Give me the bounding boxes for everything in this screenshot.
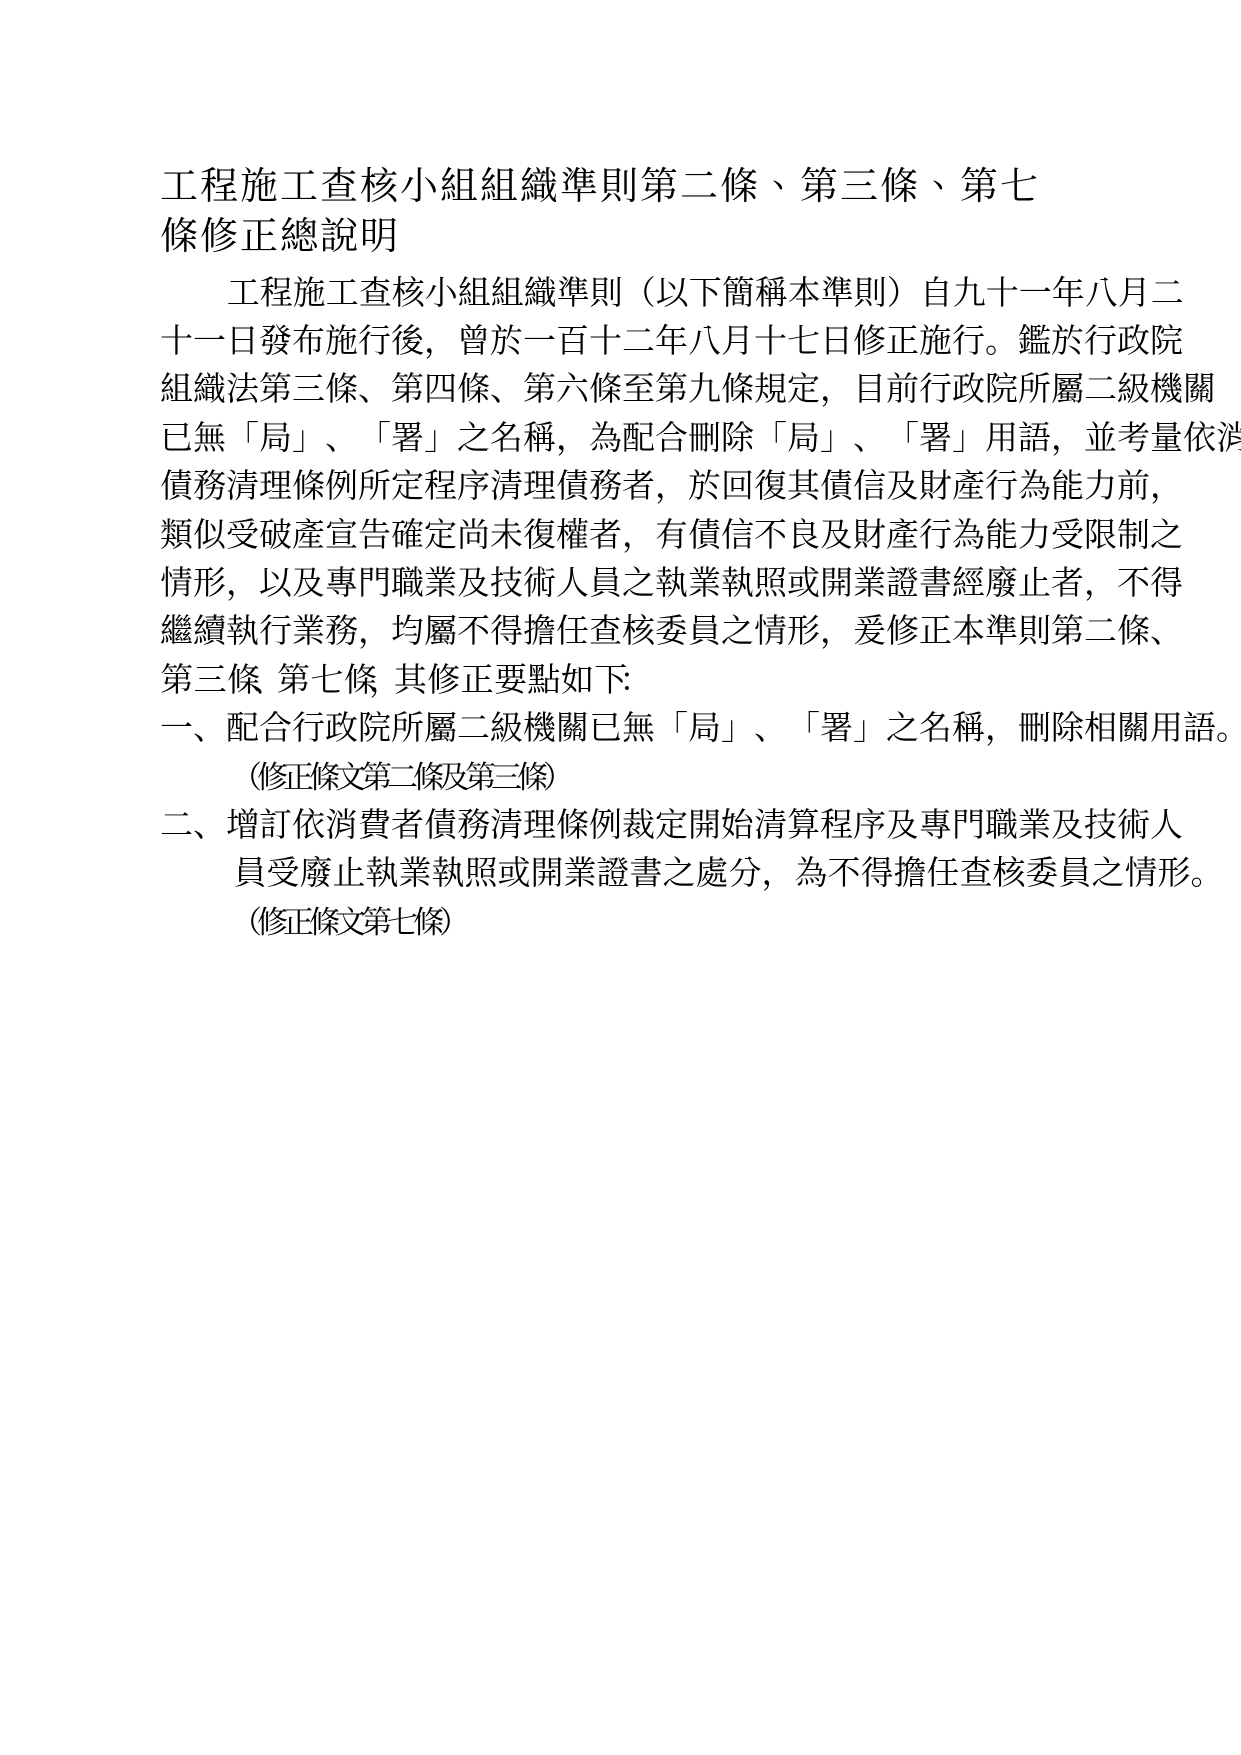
char-cell: 書 — [629, 847, 662, 894]
char-cell: 工 — [227, 267, 260, 314]
char-cell: 業 — [398, 847, 431, 894]
char-cell: 三 — [193, 654, 226, 701]
char-cell: 不 — [1117, 557, 1150, 604]
text-line-7: 情形，以及專門職業及技術人員之執業執照或開業證書經廢止者，不得 — [160, 556, 1103, 604]
char-cell: 名 — [919, 702, 952, 749]
char-cell: 分 — [728, 847, 761, 894]
char-cell: 如 — [561, 654, 594, 701]
char-cell: 織 — [193, 363, 226, 410]
char-cell: 修 — [886, 605, 919, 652]
text-line-1: 工程施工查核小組組織準則（以下簡稱本準則）自九十一年八月二 — [160, 266, 1103, 314]
char-cell: 門 — [358, 557, 391, 604]
char-cell: 修 — [853, 315, 886, 362]
char-cell: 正 — [886, 315, 919, 362]
char-cell: 產 — [952, 460, 985, 507]
char-cell: 稱 — [755, 267, 788, 314]
char-cell: 準 — [821, 267, 854, 314]
char-cell: 一 — [523, 315, 556, 362]
char-cell: 消 — [325, 799, 358, 846]
char-cell: ， — [1150, 460, 1183, 507]
char-cell: 語 — [1183, 702, 1216, 749]
char-cell: 簡 — [722, 267, 755, 314]
char-cell: 執 — [365, 847, 398, 894]
char-cell: 則 — [1018, 605, 1051, 652]
char-cell: 核 — [992, 847, 1025, 894]
char-cell: 第 — [467, 752, 493, 797]
char-cell: 條 — [311, 752, 337, 797]
char-cell: 照 — [754, 557, 787, 604]
char-cell: 年 — [655, 315, 688, 362]
char-cell: 財 — [853, 509, 886, 556]
char-cell: 能 — [1051, 460, 1084, 507]
char-cell: 均 — [391, 605, 424, 652]
char-cell: 定 — [424, 509, 457, 556]
char-cell: 文 — [337, 752, 363, 797]
char-cell: 為 — [1018, 460, 1051, 507]
char-cell: 」 — [952, 412, 985, 459]
text-line-14: （修正條文第七條） — [160, 895, 1103, 943]
char-cell: 條 — [519, 752, 545, 797]
char-cell: 十 — [589, 315, 622, 362]
char-cell: 後 — [391, 315, 424, 362]
char-cell: 員 — [233, 847, 266, 894]
char-cell: 例 — [325, 460, 358, 507]
char-cell: ， — [655, 460, 688, 507]
char-cell: 形 — [193, 557, 226, 604]
char-cell: ） — [441, 897, 467, 942]
char-cell: 「 — [655, 702, 688, 749]
char-cell: 行 — [952, 315, 985, 362]
char-cell: 清 — [226, 460, 259, 507]
char-cell: 二 — [1151, 267, 1184, 314]
char-cell: 局 — [688, 702, 721, 749]
text-line-11: （修正條文第二條及第三條） — [160, 750, 1103, 798]
char-cell: 職 — [391, 557, 424, 604]
char-cell: 始 — [721, 799, 754, 846]
char-cell: 工 — [326, 267, 359, 314]
char-cell: 增 — [226, 799, 259, 846]
document-title: 工程施工查核小組組織準則第二條、第三條、第七 條修正總說明 — [160, 161, 1120, 261]
char-cell: 務 — [457, 799, 490, 846]
char-cell: 務 — [193, 460, 226, 507]
char-cell: 關 — [556, 702, 589, 749]
char-cell: 程 — [260, 267, 293, 314]
char-cell: 訂 — [259, 799, 292, 846]
char-cell: 三 — [292, 363, 325, 410]
char-cell: 清 — [490, 799, 523, 846]
char-cell: 查 — [959, 847, 992, 894]
char-cell: 二 — [389, 752, 415, 797]
char-cell: 業 — [688, 557, 721, 604]
char-cell: 除 — [1051, 702, 1084, 749]
char-cell: 正 — [285, 752, 311, 797]
char-cell: 政 — [952, 363, 985, 410]
char-cell: 、 — [853, 412, 886, 459]
char-cell: 刪 — [1018, 702, 1051, 749]
char-cell: 告 — [358, 509, 391, 556]
char-cell: 、 — [490, 363, 523, 410]
char-cell: 及 — [441, 752, 467, 797]
char-cell: 不 — [457, 605, 490, 652]
char-cell: 清 — [754, 799, 787, 846]
char-cell: 語 — [1018, 412, 1051, 459]
char-cell: 擔 — [523, 605, 556, 652]
char-cell: 施 — [325, 315, 358, 362]
char-cell: 執 — [226, 605, 259, 652]
char-cell: 」 — [820, 412, 853, 459]
char-cell: 署 — [391, 412, 424, 459]
char-cell: 第 — [363, 752, 389, 797]
char-cell: 債 — [820, 460, 853, 507]
body-text: 工程施工查核小組組織準則（以下簡稱本準則）自九十一年八月二十一日發布施行後，曾於… — [160, 266, 1103, 943]
char-cell: 執 — [431, 847, 464, 894]
char-cell: 院 — [358, 702, 391, 749]
char-cell: 九 — [688, 363, 721, 410]
char-cell: 、 — [358, 363, 391, 410]
char-cell: 、 — [754, 702, 787, 749]
char-cell: 於 — [1051, 315, 1084, 362]
char-cell: 爰 — [853, 605, 886, 652]
char-cell: ） — [887, 267, 920, 314]
char-cell: 行 — [919, 509, 952, 556]
char-cell: 定 — [655, 799, 688, 846]
char-cell: 專 — [919, 799, 952, 846]
char-cell: 院 — [985, 363, 1018, 410]
char-cell: 依 — [1183, 412, 1216, 459]
char-cell: 技 — [1084, 799, 1117, 846]
char-cell: 債 — [556, 460, 589, 507]
char-cell: 一 — [193, 315, 226, 362]
char-cell: 理 — [259, 460, 292, 507]
char-cell: 行 — [985, 460, 1018, 507]
text-line-8: 繼續執行業務，均屬不得擔任查核委員之情形，爰修正本準則第二條、 — [160, 605, 1103, 653]
char-cell: 序 — [457, 460, 490, 507]
char-cell: 名 — [490, 412, 523, 459]
char-cell: 制 — [1117, 509, 1150, 556]
char-cell: 二 — [622, 315, 655, 362]
document-page: 工程施工查核小組組織準則第二條、第三條、第七 條修正總說明 工程施工查核小組組織… — [0, 0, 1241, 1755]
char-cell: 回 — [721, 460, 754, 507]
char-cell: 不 — [827, 847, 860, 894]
char-cell: 門 — [952, 799, 985, 846]
char-cell: 二 — [1084, 363, 1117, 410]
char-cell: 債 — [424, 799, 457, 846]
char-cell: 「 — [886, 412, 919, 459]
char-cell: 鑑 — [1018, 315, 1051, 362]
char-cell: 二 — [1084, 605, 1117, 652]
char-cell: 一 — [160, 702, 193, 749]
char-cell: 本 — [952, 605, 985, 652]
char-cell: 受 — [1051, 509, 1084, 556]
char-cell: 或 — [497, 847, 530, 894]
char-cell: 照 — [464, 847, 497, 894]
char-cell: 任 — [926, 847, 959, 894]
char-cell: 所 — [391, 702, 424, 749]
char-cell: 局 — [787, 412, 820, 459]
char-cell: 條 — [415, 897, 441, 942]
char-cell: 有 — [655, 509, 688, 556]
char-cell: 織 — [524, 267, 557, 314]
char-cell: 算 — [787, 799, 820, 846]
char-cell: 形 — [1157, 847, 1190, 894]
char-cell: 四 — [424, 363, 457, 410]
char-cell: 組 — [160, 363, 193, 410]
char-cell: 「 — [358, 412, 391, 459]
char-cell: 修 — [259, 752, 285, 797]
char-cell: 月 — [721, 315, 754, 362]
char-cell: 所 — [358, 460, 391, 507]
char-cell: 下 — [689, 267, 722, 314]
char-cell: 理 — [523, 460, 556, 507]
char-cell: 。 — [985, 315, 1018, 362]
char-cell: 院 — [1150, 315, 1183, 362]
char-cell: 查 — [589, 605, 622, 652]
char-cell: 以 — [656, 267, 689, 314]
char-cell: 署 — [919, 412, 952, 459]
char-cell: 發 — [259, 315, 292, 362]
char-cell: 續 — [193, 605, 226, 652]
char-cell: 則 — [590, 267, 623, 314]
char-cell: 行 — [1084, 315, 1117, 362]
char-cell: 之 — [662, 847, 695, 894]
char-cell: 本 — [788, 267, 821, 314]
title-line-1: 工程施工查核小組組織準則第二條、第三條、第七 — [160, 161, 1120, 211]
char-cell: 得 — [1150, 557, 1183, 604]
char-cell: 序 — [853, 799, 886, 846]
char-cell: 止 — [332, 847, 365, 894]
char-cell: 正 — [461, 654, 494, 701]
char-cell: 產 — [292, 509, 325, 556]
char-cell: 擔 — [893, 847, 926, 894]
char-cell: 信 — [853, 460, 886, 507]
char-cell: 一 — [1019, 267, 1052, 314]
text-line-6: 類似受破產宣告確定尚未復權者，有債信不良及財產行為能力受限制之 — [160, 508, 1103, 556]
char-cell: 以 — [259, 557, 292, 604]
char-cell: 例 — [589, 799, 622, 846]
char-cell: 用 — [1150, 702, 1183, 749]
char-cell: 「 — [787, 702, 820, 749]
char-cell: 條 — [1117, 605, 1150, 652]
char-cell: 力 — [1018, 509, 1051, 556]
char-cell: 執 — [655, 557, 688, 604]
char-cell: 似 — [193, 509, 226, 556]
char-cell: 處 — [695, 847, 728, 894]
char-cell: 七 — [787, 315, 820, 362]
char-cell: 繼 — [160, 605, 193, 652]
char-cell: 權 — [556, 509, 589, 556]
char-cell: 之 — [721, 605, 754, 652]
char-cell: 復 — [523, 509, 556, 556]
char-cell: 稱 — [523, 412, 556, 459]
char-cell: 依 — [292, 799, 325, 846]
char-cell: 第 — [259, 363, 292, 410]
char-cell: 核 — [392, 267, 425, 314]
char-cell: 之 — [457, 412, 490, 459]
char-cell: 無 — [193, 412, 226, 459]
char-cell: 九 — [953, 267, 986, 314]
char-cell: 十 — [986, 267, 1019, 314]
char-cell: 及 — [886, 460, 919, 507]
char-cell: 形 — [787, 605, 820, 652]
char-cell: 準 — [557, 267, 590, 314]
char-cell: 尚 — [457, 509, 490, 556]
text-line-3: 組織法第三條、第四條、第六條至第九條規定，目前行政院所屬二級機關 — [160, 363, 1103, 411]
char-cell: 、 — [193, 799, 226, 846]
char-cell: 屬 — [424, 702, 457, 749]
char-cell: 員 — [688, 605, 721, 652]
text-line-13: 員受廢止執業執照或開業證書之處分，為不得擔任查核委員之情形。 — [160, 847, 1103, 895]
char-cell: 員 — [1058, 847, 1091, 894]
char-cell: 前 — [886, 363, 919, 410]
char-cell: 日 — [820, 315, 853, 362]
char-cell: 類 — [160, 509, 193, 556]
char-cell: 廢 — [985, 557, 1018, 604]
char-cell: 止 — [1018, 557, 1051, 604]
char-cell: 受 — [226, 509, 259, 556]
char-cell: 宣 — [325, 509, 358, 556]
char-cell: 曾 — [457, 315, 490, 362]
char-cell: 無 — [622, 702, 655, 749]
char-cell: 費 — [358, 799, 391, 846]
text-line-12: 二、增訂依消費者債務清理條例裁定開始清算程序及專門職業及技術人 — [160, 798, 1103, 846]
char-cell: 屬 — [1051, 363, 1084, 410]
char-cell: 目 — [853, 363, 886, 410]
char-cell: 第 — [523, 363, 556, 410]
char-cell: 」 — [853, 702, 886, 749]
char-cell: 於 — [688, 460, 721, 507]
char-cell: ， — [985, 702, 1018, 749]
char-cell: 並 — [1084, 412, 1117, 459]
char-cell: 量 — [1150, 412, 1183, 459]
char-cell: 之 — [1091, 847, 1124, 894]
char-cell: 正 — [919, 605, 952, 652]
char-cell: 二 — [160, 799, 193, 846]
char-cell: 要 — [494, 654, 527, 701]
char-cell: 」 — [721, 702, 754, 749]
char-cell: 至 — [622, 363, 655, 410]
char-cell: 施 — [293, 267, 326, 314]
char-cell: 技 — [490, 557, 523, 604]
char-cell: 信 — [721, 509, 754, 556]
char-cell: 施 — [919, 315, 952, 362]
char-cell: 日 — [226, 315, 259, 362]
char-cell: 之 — [1150, 509, 1183, 556]
char-cell: 關 — [1183, 363, 1216, 410]
char-cell: 及 — [292, 557, 325, 604]
char-cell: 、 — [1150, 605, 1183, 652]
char-cell: 債 — [688, 509, 721, 556]
char-cell: 者 — [622, 460, 655, 507]
char-cell: 經 — [952, 557, 985, 604]
char-cell: 定 — [391, 460, 424, 507]
char-cell: 能 — [985, 509, 1018, 556]
char-cell: 人 — [1150, 799, 1183, 846]
text-line-5: 債務清理條例所定程序清理債務者，於回復其債信及財產行為能力前， — [160, 460, 1103, 508]
char-cell: 屬 — [424, 605, 457, 652]
text-line-2: 十一日發布施行後，曾於一百十二年八月十七日修正施行。鑑於行政院 — [160, 314, 1103, 362]
text-line-10: 一、配合行政院所屬二級機關已無「局」、「署」之名稱，刪除相關用語。 — [160, 702, 1103, 750]
char-cell: 月 — [1118, 267, 1151, 314]
char-cell: 條 — [457, 363, 490, 410]
char-cell: 條 — [589, 363, 622, 410]
char-cell: 行 — [259, 605, 292, 652]
char-cell: 開 — [530, 847, 563, 894]
char-cell: 合 — [259, 702, 292, 749]
char-cell: 及 — [820, 509, 853, 556]
char-cell: 法 — [226, 363, 259, 410]
char-cell: 條 — [311, 897, 337, 942]
char-cell: 級 — [1117, 363, 1150, 410]
char-cell: 七 — [389, 897, 415, 942]
char-cell: 確 — [391, 509, 424, 556]
char-cell: 已 — [589, 702, 622, 749]
char-cell: 十 — [754, 315, 787, 362]
text-line-9: 第三條、第七條，其修正要點如下： — [160, 653, 1103, 701]
char-cell: 證 — [596, 847, 629, 894]
char-cell: 員 — [589, 557, 622, 604]
char-cell: 行 — [358, 315, 391, 362]
text-line-4: 已無「局」、「署」之名稱，為配合刪除「局」、「署」用語，並考量依消費者 — [160, 411, 1103, 459]
char-cell: ， — [226, 557, 259, 604]
char-cell: 不 — [754, 509, 787, 556]
char-cell: 、 — [325, 412, 358, 459]
char-cell: 機 — [523, 702, 556, 749]
char-cell: ） — [545, 752, 571, 797]
char-cell: 條 — [721, 363, 754, 410]
char-cell: 百 — [556, 315, 589, 362]
char-cell: 「 — [226, 412, 259, 459]
char-cell: 書 — [919, 557, 952, 604]
char-cell: 合 — [655, 412, 688, 459]
char-cell: 政 — [325, 702, 358, 749]
char-cell: 刪 — [688, 412, 721, 459]
char-cell: 限 — [1084, 509, 1117, 556]
char-cell: 、 — [260, 654, 277, 701]
char-cell: 業 — [1018, 799, 1051, 846]
char-cell: 查 — [359, 267, 392, 314]
char-cell: ， — [556, 412, 589, 459]
char-cell: 務 — [589, 460, 622, 507]
char-cell: 文 — [337, 897, 363, 942]
char-cell: 」 — [424, 412, 457, 459]
char-cell: 得 — [490, 605, 523, 652]
char-cell: 條 — [325, 363, 358, 410]
char-cell: 人 — [556, 557, 589, 604]
char-cell: 自 — [920, 267, 953, 314]
char-cell: （ — [623, 267, 656, 314]
char-cell: 裁 — [622, 799, 655, 846]
char-cell: 其 — [394, 654, 427, 701]
char-cell: 情 — [754, 605, 787, 652]
char-cell: 組 — [491, 267, 524, 314]
char-cell: 業 — [424, 557, 457, 604]
char-cell: 用 — [985, 412, 1018, 459]
char-cell: 產 — [886, 509, 919, 556]
char-cell: ， — [761, 847, 794, 894]
char-cell: 任 — [556, 605, 589, 652]
char-cell: 為 — [589, 412, 622, 459]
char-cell: ， — [424, 315, 457, 362]
char-cell: 相 — [1084, 702, 1117, 749]
char-cell: 業 — [853, 557, 886, 604]
char-cell: 條 — [415, 752, 441, 797]
char-cell: 清 — [490, 460, 523, 507]
char-cell: ， — [377, 654, 394, 701]
char-cell: 及 — [457, 557, 490, 604]
char-cell: （ — [233, 752, 259, 797]
char-cell: ， — [1084, 557, 1117, 604]
char-cell: 業 — [292, 605, 325, 652]
